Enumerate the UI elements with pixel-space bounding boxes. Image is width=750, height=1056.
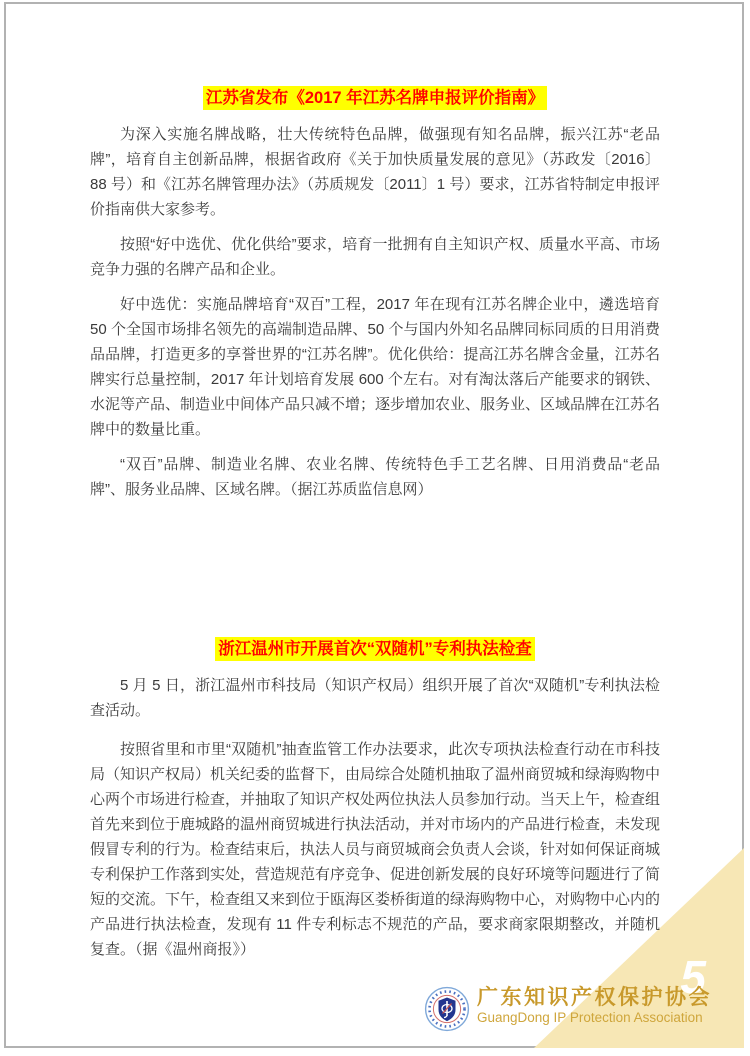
article-wenzhou-patent-inspection: 浙江温州市开展首次“双随机”专利执法检查 5 月 5 日，浙江温州市科技局（知识… <box>90 635 660 962</box>
gdippa-seal-icon <box>424 986 470 1032</box>
article-title-highlighted: 江苏省发布《2017 年江苏名牌申报评价指南》 <box>203 86 547 110</box>
paragraph: 为深入实施名牌战略，壮大传统特色品牌，做强现有知名品牌，振兴江苏“老品牌”，培育… <box>90 122 660 222</box>
paragraph: 好中选优：实施品牌培育“双百”工程，2017 年在现有江苏名牌企业中，遴选培育 … <box>90 292 660 442</box>
org-name-block: 广东知识产权保护协会 GuangDong IP Protection Assoc… <box>477 986 712 1026</box>
page-footer: 广东知识产权保护协会 GuangDong IP Protection Assoc… <box>424 986 712 1032</box>
article-title-row: 江苏省发布《2017 年江苏名牌申报评价指南》 <box>90 84 660 110</box>
paragraph: “双百”品牌、制造业名牌、农业名牌、传统特色手工艺名牌、日用消费品“老品牌”、服… <box>90 452 660 502</box>
paragraph: 按照省里和市里“双随机”抽查监管工作办法要求，此次专项执法检查行动在市科技局（知… <box>90 737 660 962</box>
article-title-row: 浙江温州市开展首次“双随机”专利执法检查 <box>90 635 660 661</box>
org-name-zh: 广东知识产权保护协会 <box>477 986 712 1010</box>
article-jiangsu-brand-guide: 江苏省发布《2017 年江苏名牌申报评价指南》 为深入实施名牌战略，壮大传统特色… <box>90 84 660 502</box>
page-content: 江苏省发布《2017 年江苏名牌申报评价指南》 为深入实施名牌战略，壮大传统特色… <box>90 84 660 962</box>
org-name-en: GuangDong IP Protection Association <box>477 1010 712 1026</box>
paragraph: 5 月 5 日，浙江温州市科技局（知识产权局）组织开展了首次“双随机”专利执法检… <box>90 673 660 723</box>
paragraph: 按照“好中选优、优化供给”要求，培育一批拥有自主知识产权、质量水平高、市场竞争力… <box>90 232 660 282</box>
article-title-highlighted: 浙江温州市开展首次“双随机”专利执法检查 <box>215 637 535 661</box>
